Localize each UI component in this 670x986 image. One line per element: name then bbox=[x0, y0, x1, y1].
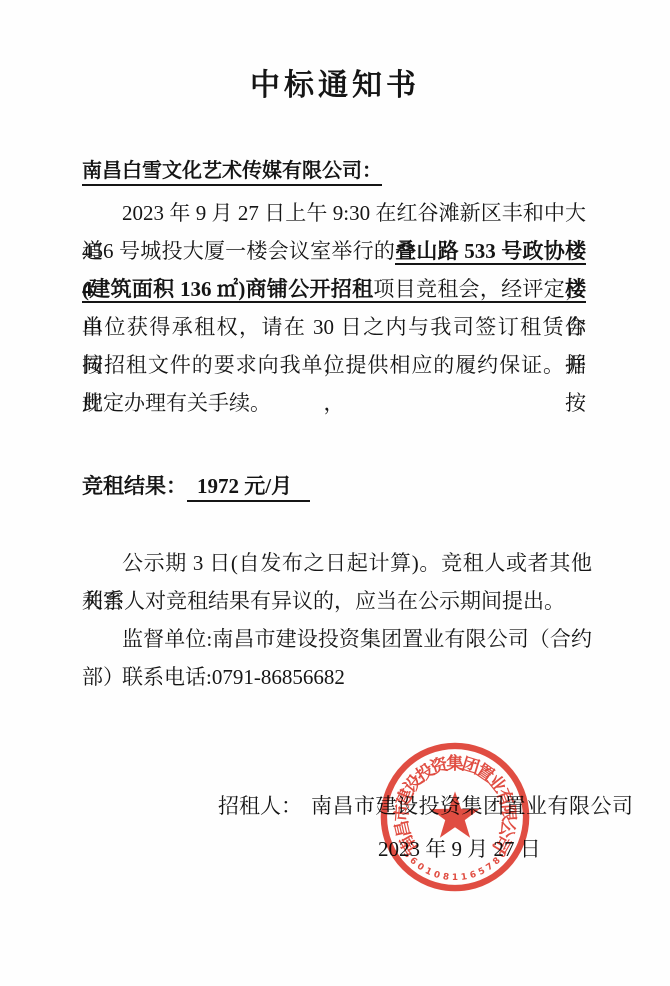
public-notice-paragraph: 公示期 3 日(自发布之日起计算)。竞租人或者其他利害关系人对竞租结果有异议的，… bbox=[82, 544, 592, 696]
seal-serial-digit: 6 bbox=[469, 870, 478, 881]
text-line: 联系电话:0791-86856682 bbox=[82, 658, 592, 696]
seal-company-char: 团 bbox=[460, 754, 482, 777]
text-line: 456 号城投大厦一楼会议室举行的叠山路 533 号政协楼 4 楼 bbox=[82, 232, 586, 270]
seal-serial-digit: 7 bbox=[484, 861, 495, 873]
seal-serial-digit: 1 bbox=[460, 872, 468, 883]
text-line: 公示期 3 日(自发布之日起计算)。竞租人或者其他利害 bbox=[82, 544, 592, 582]
bid-result-line: 竞租结果：1972 元/月 bbox=[82, 470, 310, 500]
recipient-company-line: 南昌白雪文化艺术传媒有限公司： bbox=[82, 154, 382, 186]
seal-serial-digit: 0 bbox=[415, 861, 426, 873]
seal-company-char: 集 bbox=[446, 753, 464, 773]
lessor-label: 招租人： bbox=[218, 794, 302, 818]
text-segment: 联系电话:0791-86856682 bbox=[122, 665, 345, 689]
text-line: 2023 年 9 月 27 日上午 9:30 在红谷滩新区丰和中大道 bbox=[82, 194, 586, 232]
text-line: 关系人对竞租结果有异议的，应当在公示期间提出。 bbox=[82, 582, 592, 620]
text-segment: 规定办理有关手续。 bbox=[82, 391, 271, 415]
bid-result-label: 竞租结果： bbox=[82, 474, 187, 498]
text-line: 按招租文件的要求向我单位提供相应的履约保证。据此，按 bbox=[82, 346, 586, 384]
text-segment: (建筑面积 136 ㎡)商铺公开招租 bbox=[82, 277, 373, 303]
seal-serial-digit: 1 bbox=[452, 873, 458, 883]
seal-serial-digit: 0 bbox=[432, 870, 441, 881]
seal-company-char: 置 bbox=[473, 759, 499, 785]
signature-date: 2023 年 9 月 27 日 bbox=[378, 833, 541, 863]
seal-serial-digit: 1 bbox=[423, 866, 433, 878]
bid-result-value: 1972 元/月 bbox=[187, 474, 310, 502]
body-paragraph: 2023 年 9 月 27 日上午 9:30 在红谷滩新区丰和中大道456 号城… bbox=[82, 194, 586, 422]
text-line: 单位获得承租权，请在 30 日之内与我司签订租赁合同，并 bbox=[82, 308, 586, 346]
seal-company-char: 投 bbox=[412, 759, 438, 786]
page-title: 中标通知书 bbox=[0, 60, 670, 104]
lessor-signature-line: 招租人：南昌市建设投资集团置业有限公司 bbox=[218, 790, 634, 820]
seal-serial-digit: 5 bbox=[477, 866, 487, 878]
award-notice-document: 中标通知书 南昌白雪文化艺术传媒有限公司： 2023 年 9 月 27 日上午 … bbox=[0, 0, 670, 986]
text-segment: 关系人对竞租结果有异议的，应当在公示期间提出。 bbox=[82, 589, 565, 613]
seal-company-char: 资 bbox=[428, 753, 451, 777]
text-line: (建筑面积 136 ㎡)商铺公开招租项目竞租会，经评定，由你 bbox=[82, 270, 586, 308]
lessor-company-name: 南昌市建设投资集团置业有限公司 bbox=[311, 794, 634, 818]
text-segment: 456 号城投大厦一楼会议室举行的 bbox=[82, 239, 395, 263]
seal-serial-digit: 8 bbox=[442, 872, 450, 883]
text-line: 监督单位:南昌市建设投资集团置业有限公司（合约部） bbox=[82, 620, 592, 658]
